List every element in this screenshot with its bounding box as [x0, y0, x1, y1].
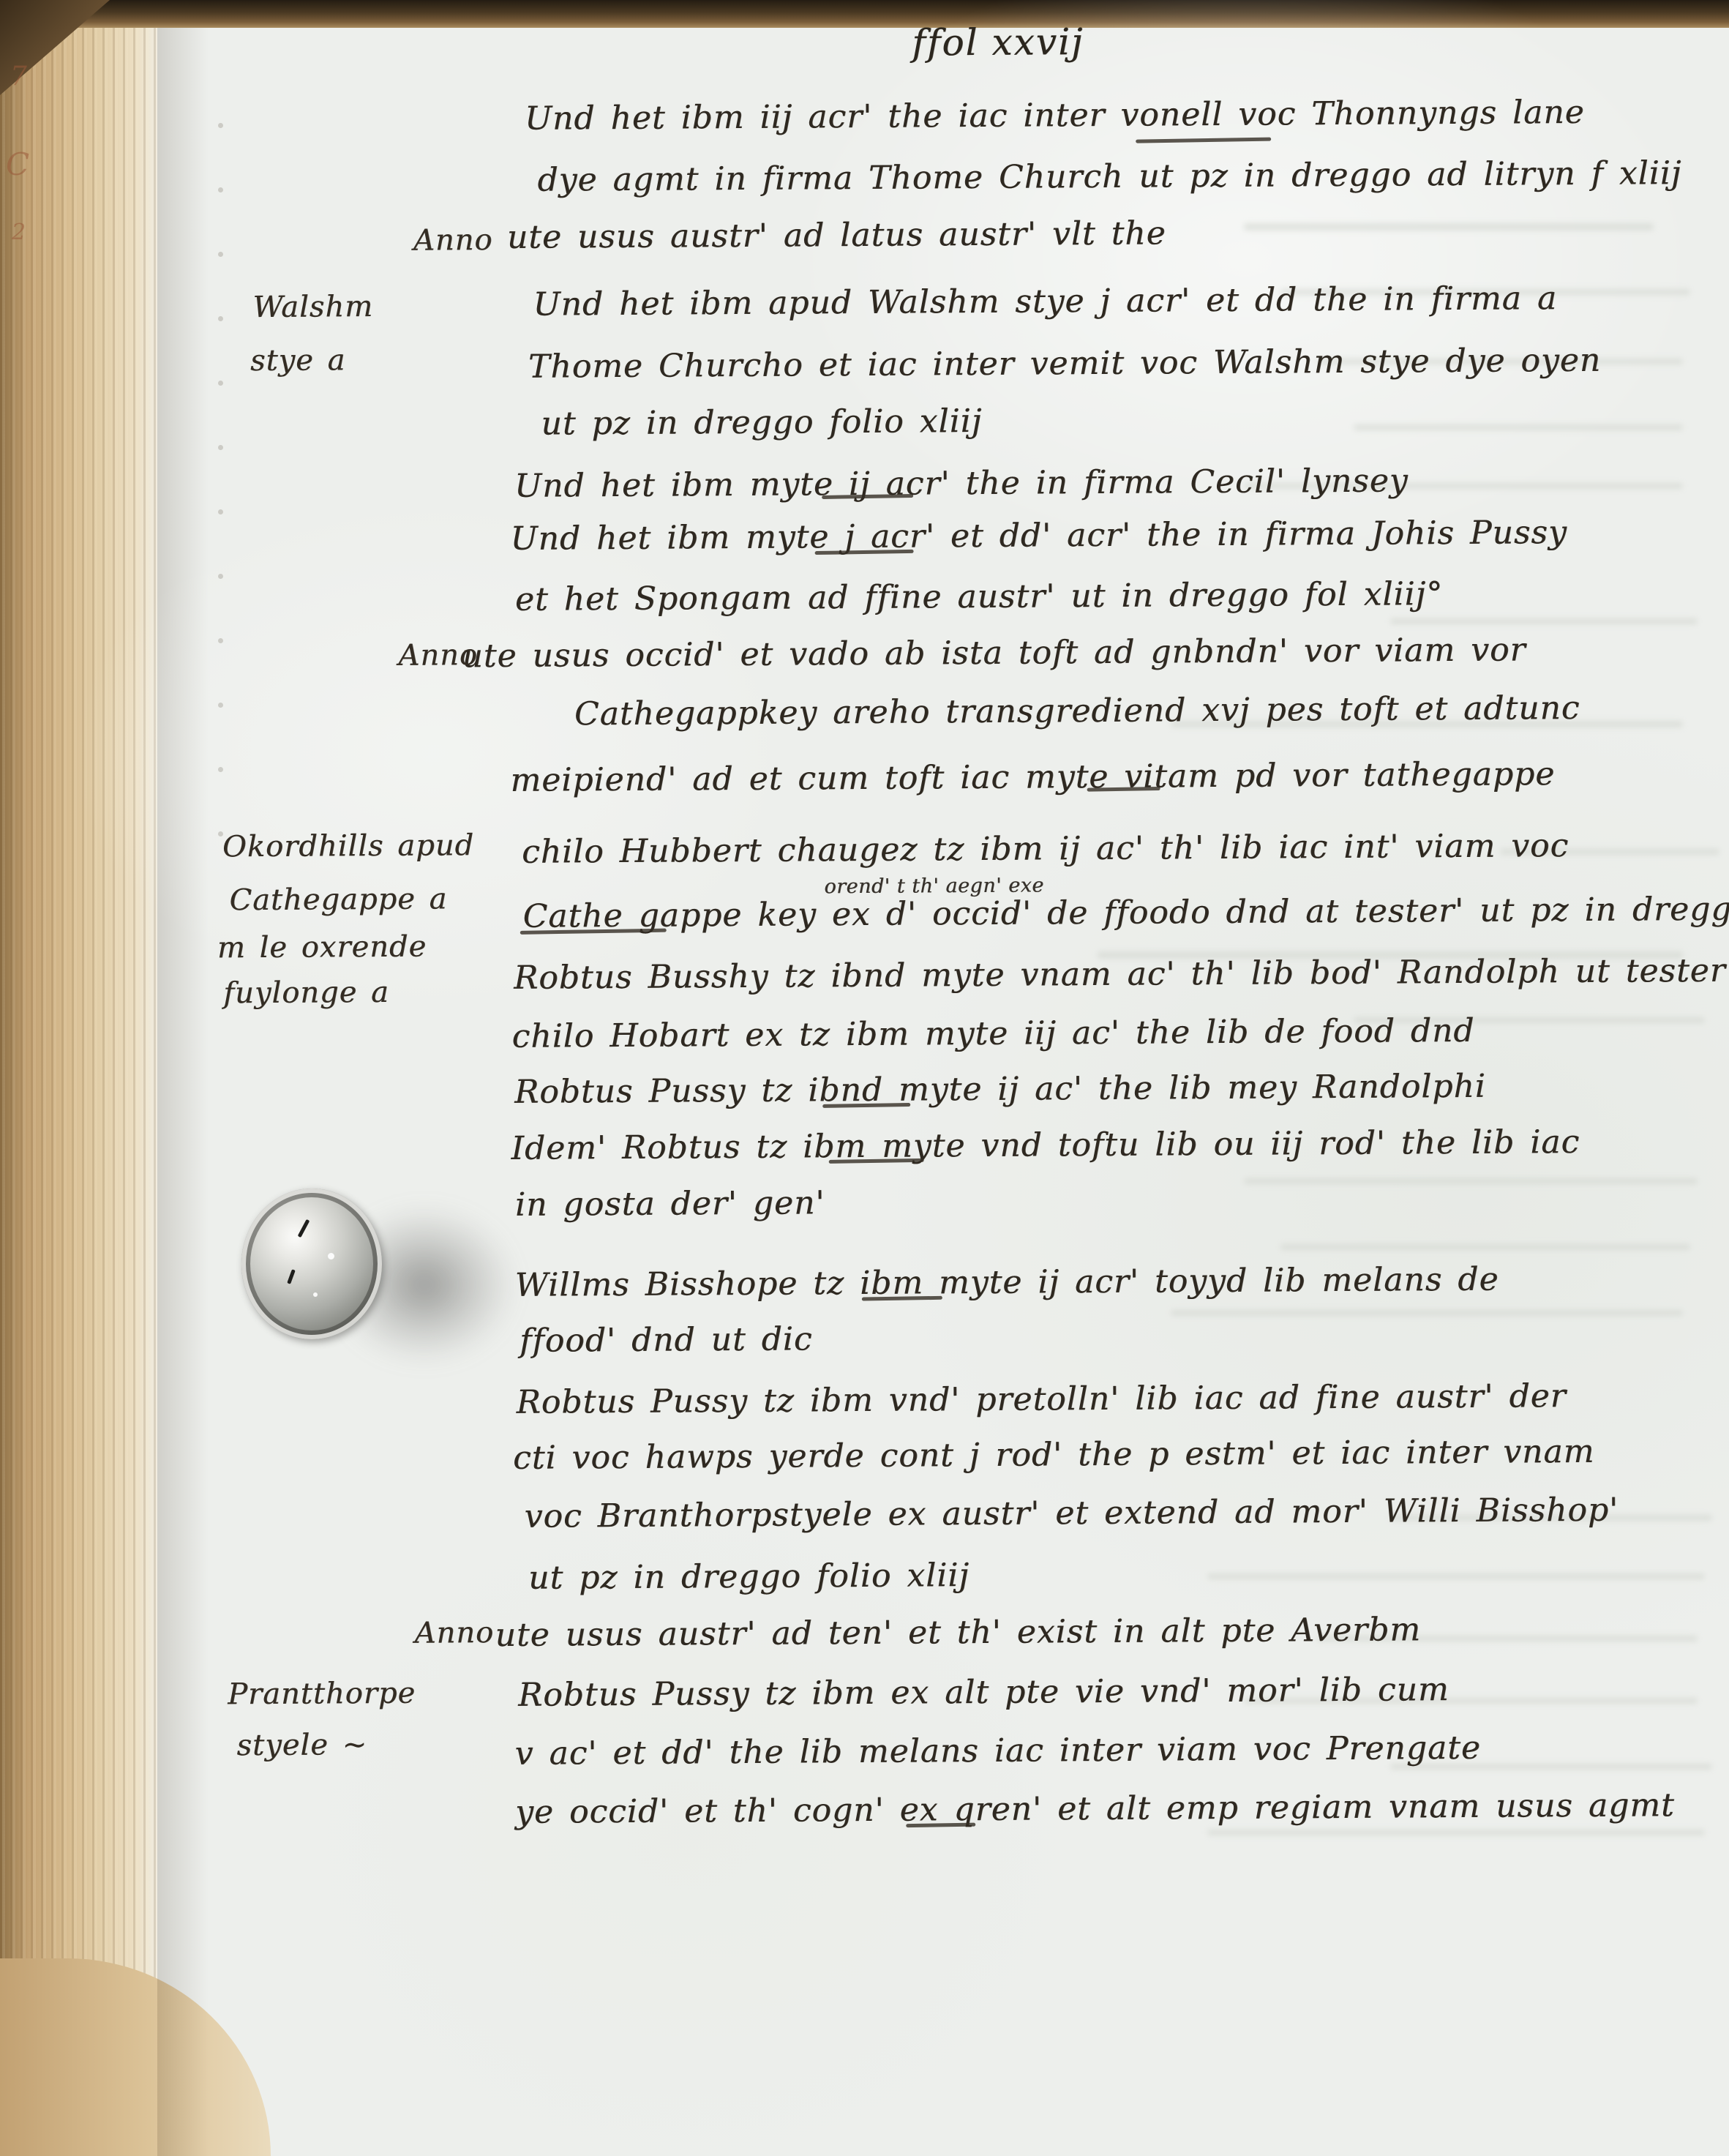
- text-line: chilo Hobart ex tz ibm myte iij ac' the …: [512, 1015, 1475, 1053]
- boss-nick-mark: [287, 1269, 296, 1284]
- text-line: Willms Bisshope tz ibm myte ij acr' toyy…: [515, 1264, 1499, 1302]
- text-line: Robtus Pussy tz ibm vnd' pretolln' lib i…: [517, 1380, 1567, 1419]
- text-line: Und het ibm iij acr' the iac inter vonel…: [525, 97, 1585, 135]
- boss-nick-mark: [298, 1219, 310, 1238]
- text-line: Cathe gappe key ex d' occid' de ffoodo d…: [523, 894, 1729, 933]
- text-line: Cathegappkey areho transgrediend xvj pes…: [574, 692, 1580, 730]
- text-line: ut pz in dreggo folio xliij: [528, 1560, 969, 1595]
- margin-note-walsham-stye: stye a: [250, 345, 346, 375]
- text-line: Idem' Robtus tz ibm myte vnd toftu lib o…: [511, 1126, 1580, 1165]
- metal-boss: [241, 1189, 382, 1339]
- handwritten-text-layer: ffol xxvij Und het ibm iij acr' the iac …: [0, 0, 1729, 2156]
- text-line: ute usus occid' et vado ab ista toft ad …: [462, 634, 1526, 673]
- margin-note-anno: Anno: [398, 640, 478, 670]
- boss-highlight: [313, 1292, 318, 1297]
- text-line: cti voc hawps yerde cont j rod' the p es…: [513, 1436, 1594, 1475]
- margin-note-anno: Anno: [415, 1618, 495, 1648]
- text-line: in gosta der' gen': [515, 1187, 825, 1221]
- text-line: ute usus austr' ad ten' et th' exist in …: [495, 1614, 1422, 1652]
- text-line: Und het ibm myte ij acr' the in firma Ce…: [514, 465, 1409, 502]
- text-line: voc Branthorpstyele ex austr' et extend …: [525, 1494, 1619, 1533]
- text-line: v ac' et dd' the lib melans iac inter vi…: [515, 1732, 1482, 1770]
- margin-note-okordhills: m le oxrende: [217, 932, 427, 963]
- manuscript-photo: 7 C 2 ffol xxvij Und het ibm iij acr' th…: [0, 0, 1729, 2156]
- margin-note-walsham-stye: Walshm: [252, 292, 373, 322]
- text-line: ut pz in dreggo folio xliij: [541, 405, 982, 441]
- margin-note-okordhills: Cathegappe a: [229, 884, 447, 915]
- folio-number: ffol xxvij: [912, 20, 1084, 64]
- boss-highlight: [328, 1253, 334, 1259]
- text-line: Robtus Pussy tz ibm ex alt pte vie vnd' …: [518, 1674, 1449, 1712]
- text-line: Und het ibm apud Walshm stye j acr' et d…: [533, 282, 1557, 321]
- strikethrough-mark: [1136, 138, 1271, 143]
- text-line: Robtus Busshy tz ibnd myte vnam ac' th' …: [514, 955, 1729, 995]
- text-line: Robtus Pussy tz ibnd myte ij ac' the lib…: [514, 1071, 1486, 1109]
- margin-note-okordhills: fuylonge a: [223, 978, 389, 1008]
- text-line: meipiend' ad et cum toft iac myte vitam …: [510, 758, 1555, 797]
- text-line: ute usus austr' ad latus austr' vlt the: [507, 217, 1166, 254]
- text-line: chilo Hubbert chaugez tz ibm ij ac' th' …: [522, 830, 1569, 869]
- margin-note-okordhills: Okordhills apud: [222, 831, 474, 861]
- text-line: ffood' dnd ut dic: [520, 1323, 813, 1357]
- text-line: et het Spongam ad ffine austr' ut in dre…: [515, 578, 1444, 616]
- text-line: ye occid' et th' cogn' ex qren' et alt e…: [515, 1789, 1675, 1829]
- margin-note-prantthorpe: styele ~: [236, 1730, 367, 1760]
- text-line: Und het ibm myte j acr' et dd' acr' the …: [510, 517, 1567, 555]
- text-line: Thome Churcho et iac inter vemit voc Wal…: [528, 345, 1601, 383]
- text-line: dye agmt in firma Thome Church ut pz in …: [537, 157, 1681, 197]
- margin-note-anno: Anno: [413, 225, 493, 255]
- margin-note-prantthorpe: Prantthorpe: [228, 1679, 416, 1710]
